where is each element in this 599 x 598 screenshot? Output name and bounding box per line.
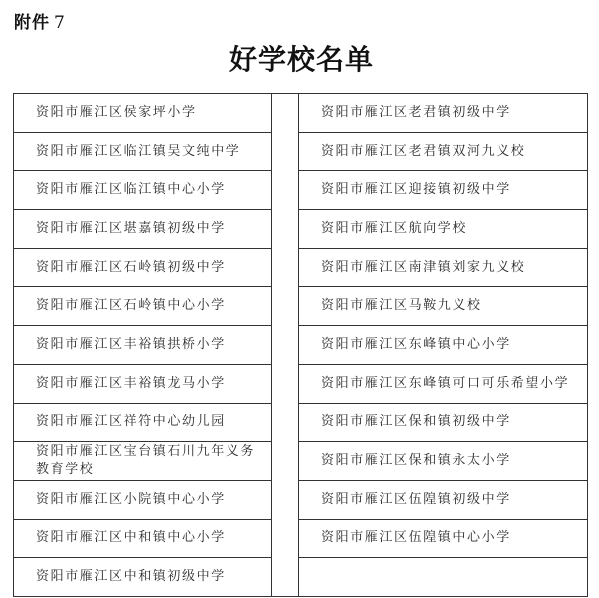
school-cell-right: 资阳市雁江区航向学校 — [299, 210, 588, 249]
school-cell-left: 资阳市雁江区临江镇中心小学 — [14, 171, 272, 210]
table-row: 资阳市雁江区石岭镇初级中学 资阳市雁江区南津镇刘家九义校 — [14, 248, 588, 287]
table-row: 资阳市雁江区侯家坪小学 资阳市雁江区老君镇初级中学 — [14, 94, 588, 133]
school-cell-left: 资阳市雁江区中和镇初级中学 — [14, 558, 272, 597]
school-list-table: 资阳市雁江区侯家坪小学 资阳市雁江区老君镇初级中学 资阳市雁江区临江镇吴文纯中学… — [13, 93, 588, 597]
attachment-number: 7 — [54, 13, 66, 33]
school-cell-left: 资阳市雁江区堪嘉镇初级中学 — [14, 210, 272, 249]
school-cell-right: 资阳市雁江区老君镇初级中学 — [299, 94, 588, 133]
spacer-cell — [272, 248, 299, 287]
school-cell-right: 资阳市雁江区保和镇永太小学 — [299, 442, 588, 481]
table-row: 资阳市雁江区中和镇初级中学 — [14, 558, 588, 597]
school-cell-left: 资阳市雁江区丰裕镇龙马小学 — [14, 364, 272, 403]
spacer-cell — [272, 403, 299, 442]
school-cell-right: 资阳市雁江区东峰镇可口可乐希望小学 — [299, 364, 588, 403]
school-cell-left: 资阳市雁江区中和镇中心小学 — [14, 519, 272, 558]
school-cell-right-empty — [299, 558, 588, 597]
school-cell-left: 资阳市雁江区石岭镇中心小学 — [14, 287, 272, 326]
table-row: 资阳市雁江区中和镇中心小学 资阳市雁江区伍隍镇中心小学 — [14, 519, 588, 558]
school-cell-right: 资阳市雁江区保和镇初级中学 — [299, 403, 588, 442]
table-row: 资阳市雁江区临江镇中心小学 资阳市雁江区迎接镇初级中学 — [14, 171, 588, 210]
attachment-label: 附件7 — [14, 8, 66, 33]
spacer-cell — [272, 132, 299, 171]
table-row: 资阳市雁江区小院镇中心小学 资阳市雁江区伍隍镇初级中学 — [14, 480, 588, 519]
table-row: 资阳市雁江区祥符中心幼儿园 资阳市雁江区保和镇初级中学 — [14, 403, 588, 442]
school-list-table-container: 资阳市雁江区侯家坪小学 资阳市雁江区老君镇初级中学 资阳市雁江区临江镇吴文纯中学… — [13, 93, 587, 584]
school-cell-left: 资阳市雁江区祥符中心幼儿园 — [14, 403, 272, 442]
attachment-prefix: 附件 — [14, 13, 50, 33]
table-row: 资阳市雁江区堪嘉镇初级中学 资阳市雁江区航向学校 — [14, 210, 588, 249]
spacer-cell — [272, 558, 299, 597]
spacer-cell — [272, 364, 299, 403]
spacer-cell — [272, 94, 299, 133]
page-title: 好学校名单 — [0, 38, 599, 78]
school-cell-right: 资阳市雁江区伍隍镇初级中学 — [299, 480, 588, 519]
school-cell-right: 资阳市雁江区东峰镇中心小学 — [299, 326, 588, 365]
spacer-cell — [272, 171, 299, 210]
table-row: 资阳市雁江区丰裕镇拱桥小学 资阳市雁江区东峰镇中心小学 — [14, 326, 588, 365]
spacer-cell — [272, 519, 299, 558]
table-row: 资阳市雁江区宝台镇石川九年义务教育学校 资阳市雁江区保和镇永太小学 — [14, 442, 588, 481]
spacer-cell — [272, 480, 299, 519]
school-cell-left: 资阳市雁江区小院镇中心小学 — [14, 480, 272, 519]
school-cell-right: 资阳市雁江区马鞍九义校 — [299, 287, 588, 326]
school-cell-right: 资阳市雁江区伍隍镇中心小学 — [299, 519, 588, 558]
spacer-cell — [272, 326, 299, 365]
spacer-cell — [272, 210, 299, 249]
school-cell-left: 资阳市雁江区石岭镇初级中学 — [14, 248, 272, 287]
school-cell-right: 资阳市雁江区迎接镇初级中学 — [299, 171, 588, 210]
table-row: 资阳市雁江区临江镇吴文纯中学 资阳市雁江区老君镇双河九义校 — [14, 132, 588, 171]
school-cell-left: 资阳市雁江区宝台镇石川九年义务教育学校 — [14, 442, 272, 481]
school-cell-right: 资阳市雁江区老君镇双河九义校 — [299, 132, 588, 171]
school-cell-left: 资阳市雁江区侯家坪小学 — [14, 94, 272, 133]
table-row: 资阳市雁江区丰裕镇龙马小学 资阳市雁江区东峰镇可口可乐希望小学 — [14, 364, 588, 403]
school-cell-right: 资阳市雁江区南津镇刘家九义校 — [299, 248, 588, 287]
spacer-cell — [272, 287, 299, 326]
table-row: 资阳市雁江区石岭镇中心小学 资阳市雁江区马鞍九义校 — [14, 287, 588, 326]
school-cell-left: 资阳市雁江区临江镇吴文纯中学 — [14, 132, 272, 171]
school-cell-left: 资阳市雁江区丰裕镇拱桥小学 — [14, 326, 272, 365]
spacer-cell — [272, 442, 299, 481]
